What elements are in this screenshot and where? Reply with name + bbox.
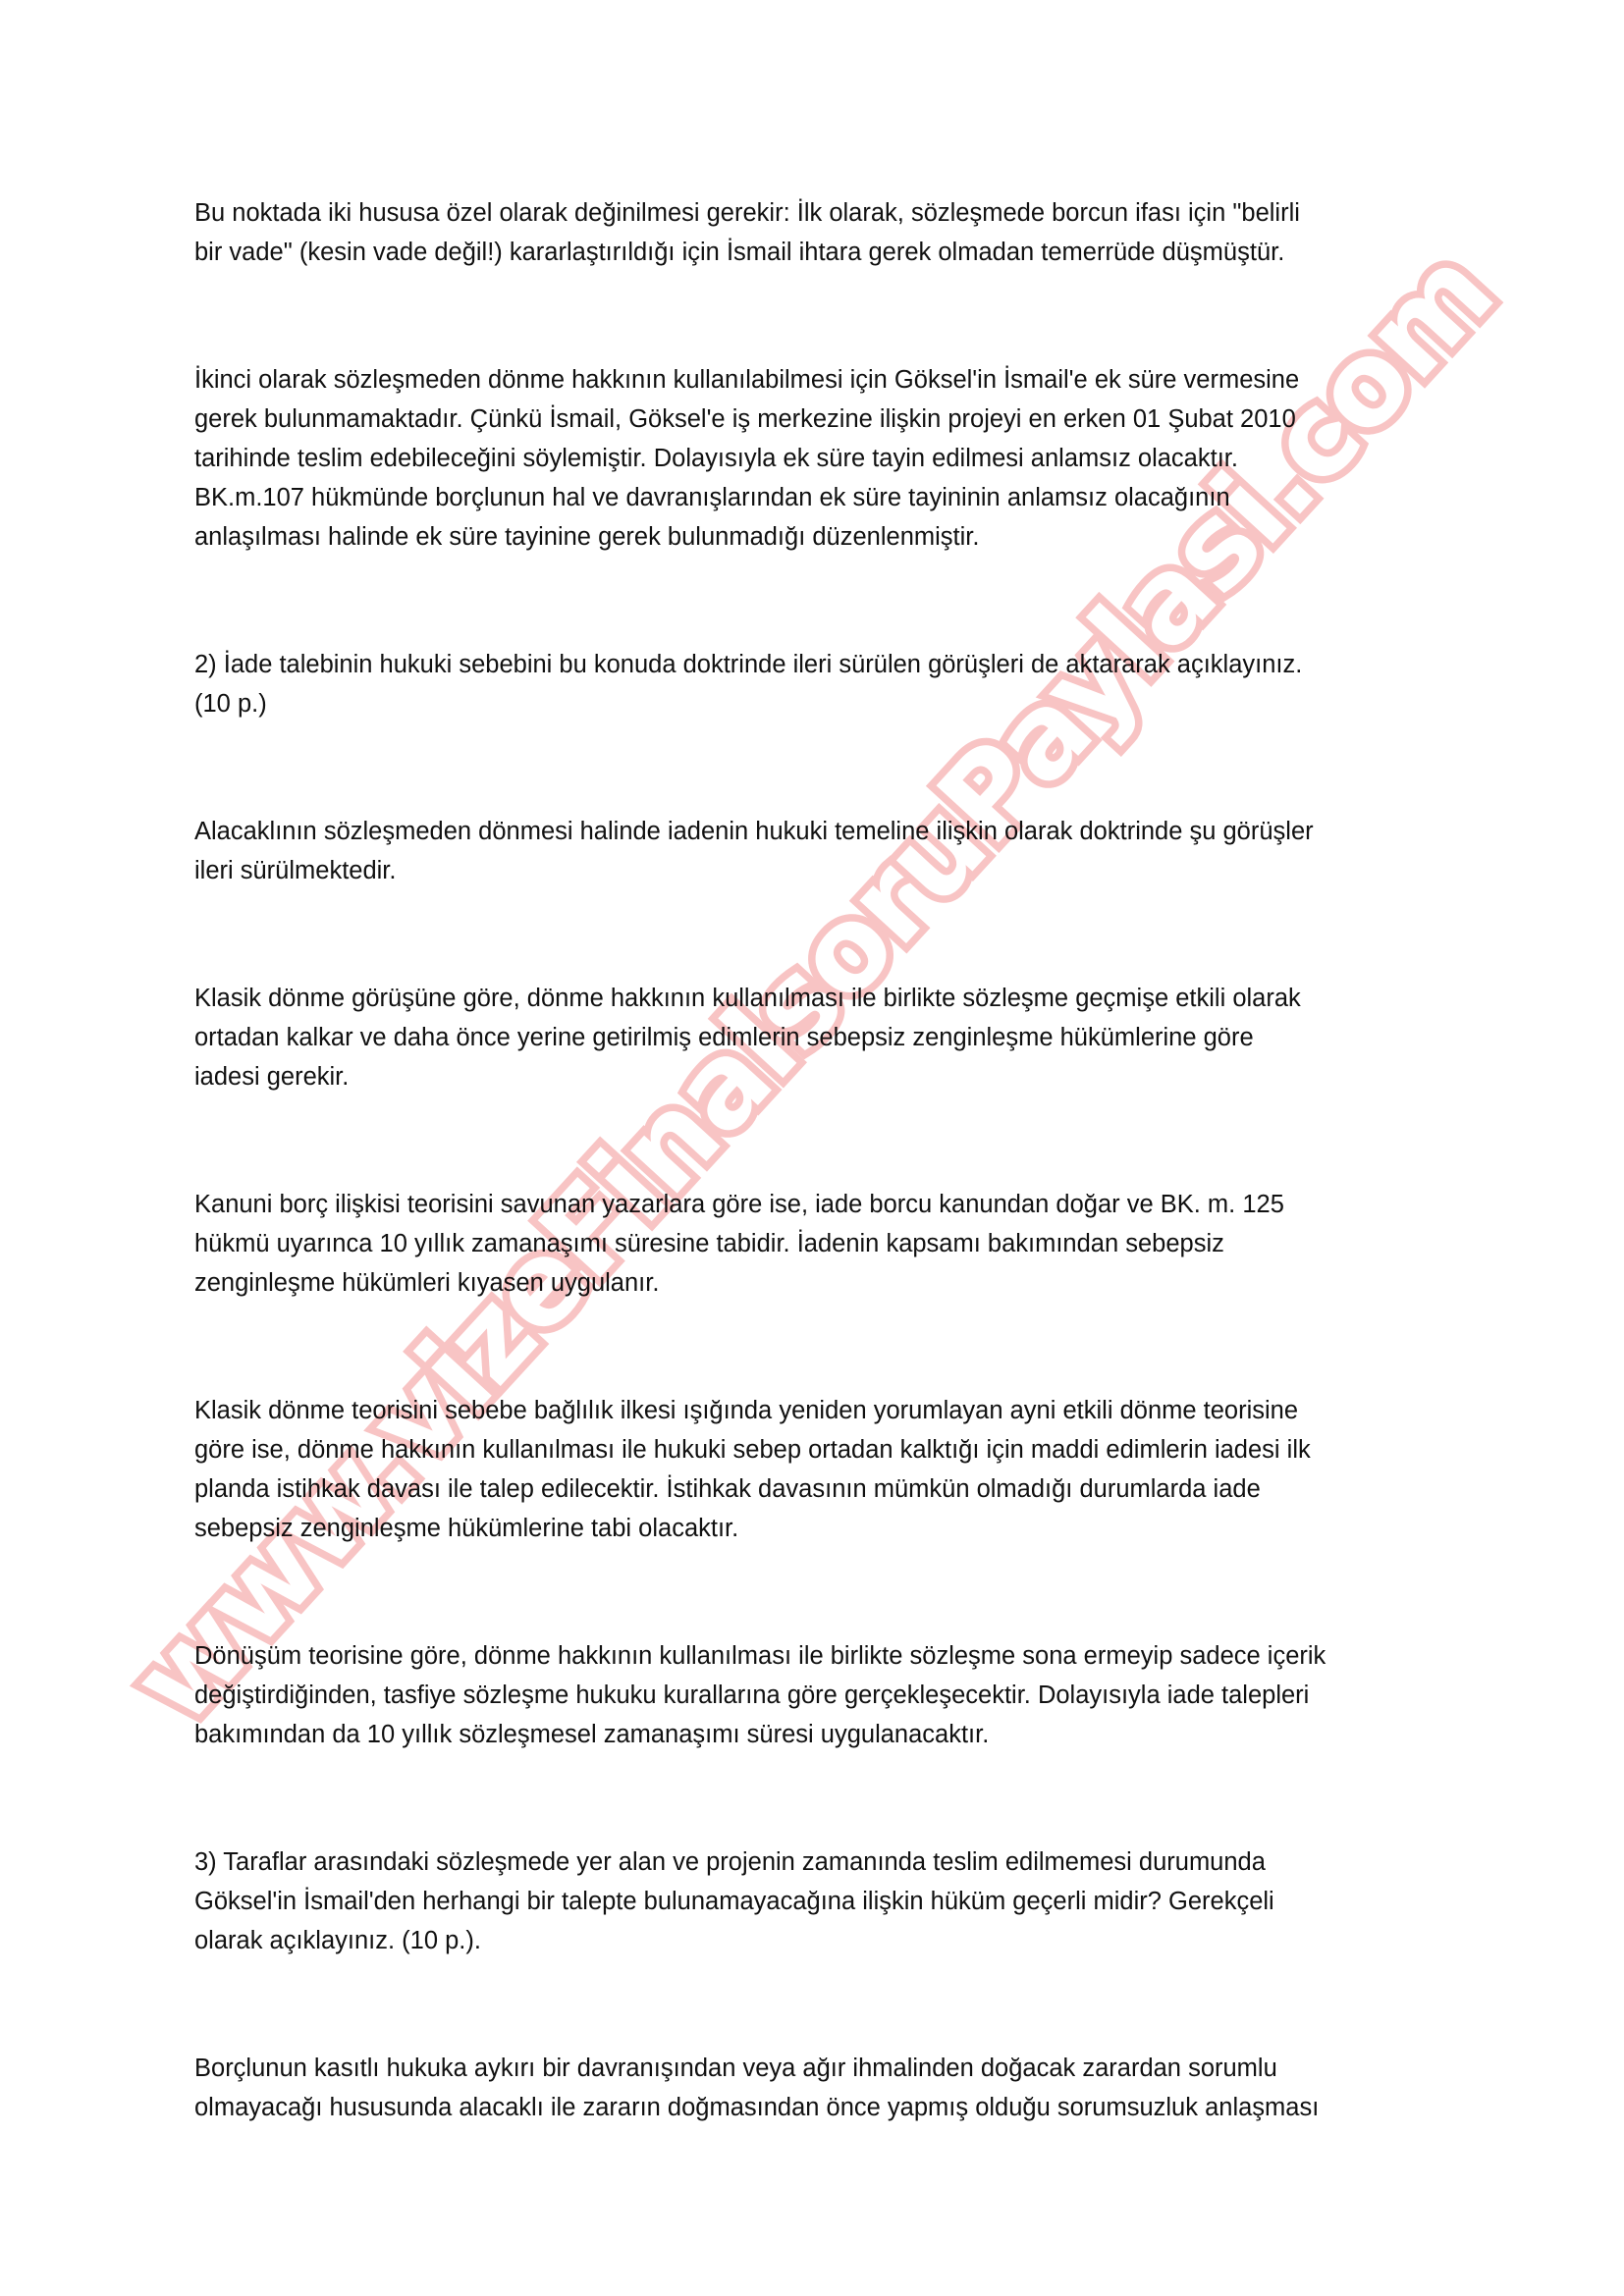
text-line: BK.m.107 hükmünde borçlunun hal ve davra… — [194, 478, 1471, 517]
text-line: 3) Taraflar arasındaki sözleşmede yer al… — [194, 1842, 1471, 1882]
text-line: zenginleşme hükümleri kıyasen uygulanır. — [194, 1263, 1471, 1303]
answer-paragraph: Klasik dönme görüşüne göre, dönme hakkın… — [194, 979, 1471, 1096]
text-line: hükmü uyarınca 10 yıllık zamanaşımı süre… — [194, 1224, 1471, 1263]
text-line: gerek bulunmamaktadır. Çünkü İsmail, Gök… — [194, 400, 1471, 439]
text-line: 2) İade talebinin hukuki sebebini bu kon… — [194, 645, 1471, 684]
text-line: Klasik dönme görüşüne göre, dönme hakkın… — [194, 979, 1471, 1018]
answer-paragraph: Borçlunun kasıtlı hukuka aykırı bir davr… — [194, 2049, 1471, 2127]
text-line: Göksel'in İsmail'den herhangi bir talept… — [194, 1882, 1471, 1921]
text-line: Borçlunun kasıtlı hukuka aykırı bir davr… — [194, 2049, 1471, 2088]
text-line: Klasik dönme teorisini sebebe bağlılık i… — [194, 1391, 1471, 1430]
text-line: anlaşılması halinde ek süre tayinine ger… — [194, 517, 1471, 557]
text-line: (10 p.) — [194, 684, 1471, 723]
answer-paragraph: Kanuni borç ilişkisi teorisini savunan y… — [194, 1185, 1471, 1303]
text-line: göre ise, dönme hakkının kullanılması il… — [194, 1430, 1471, 1469]
answer-paragraph: Bu noktada iki hususa özel olarak değini… — [194, 193, 1471, 272]
text-line: ileri sürülmektedir. — [194, 851, 1471, 890]
text-line: Dönüşüm teorisine göre, dönme hakkının k… — [194, 1636, 1471, 1676]
text-line: planda istihkak davası ile talep edilece… — [194, 1469, 1471, 1509]
text-line: Alacaklının sözleşmeden dönmesi halinde … — [194, 812, 1471, 851]
text-line: bir vade" (kesin vade değil!) kararlaştı… — [194, 233, 1471, 272]
text-line: İkinci olarak sözleşmeden dönme hakkının… — [194, 360, 1471, 400]
text-line: iadesi gerekir. — [194, 1057, 1471, 1096]
text-line: Bu noktada iki hususa özel olarak değini… — [194, 193, 1471, 233]
text-line: sebepsiz zenginleşme hükümlerine tabi ol… — [194, 1509, 1471, 1548]
text-line: ortadan kalkar ve daha önce yerine getir… — [194, 1018, 1471, 1057]
text-line: Kanuni borç ilişkisi teorisini savunan y… — [194, 1185, 1471, 1224]
document-page: www.vizeFinalsoruPaylasi.com Bu noktada … — [0, 0, 1624, 2296]
document-body: Bu noktada iki hususa özel olarak değini… — [194, 193, 1471, 2216]
text-line: olarak açıklayınız. (10 p.). — [194, 1921, 1471, 1960]
question-paragraph: 2) İade talebinin hukuki sebebini bu kon… — [194, 645, 1471, 723]
text-line: bakımından da 10 yıllık sözleşmesel zama… — [194, 1715, 1471, 1754]
answer-paragraph: İkinci olarak sözleşmeden dönme hakkının… — [194, 360, 1471, 557]
answer-paragraph: Klasik dönme teorisini sebebe bağlılık i… — [194, 1391, 1471, 1548]
text-line: tarihinde teslim edebileceğini söylemişt… — [194, 439, 1471, 478]
answer-paragraph: Dönüşüm teorisine göre, dönme hakkının k… — [194, 1636, 1471, 1754]
text-line: değiştirdiğinden, tasfiye sözleşme hukuk… — [194, 1676, 1471, 1715]
answer-paragraph: Alacaklının sözleşmeden dönmesi halinde … — [194, 812, 1471, 890]
question-paragraph: 3) Taraflar arasındaki sözleşmede yer al… — [194, 1842, 1471, 1960]
text-line: olmayacağı hususunda alacaklı ile zararı… — [194, 2088, 1471, 2127]
